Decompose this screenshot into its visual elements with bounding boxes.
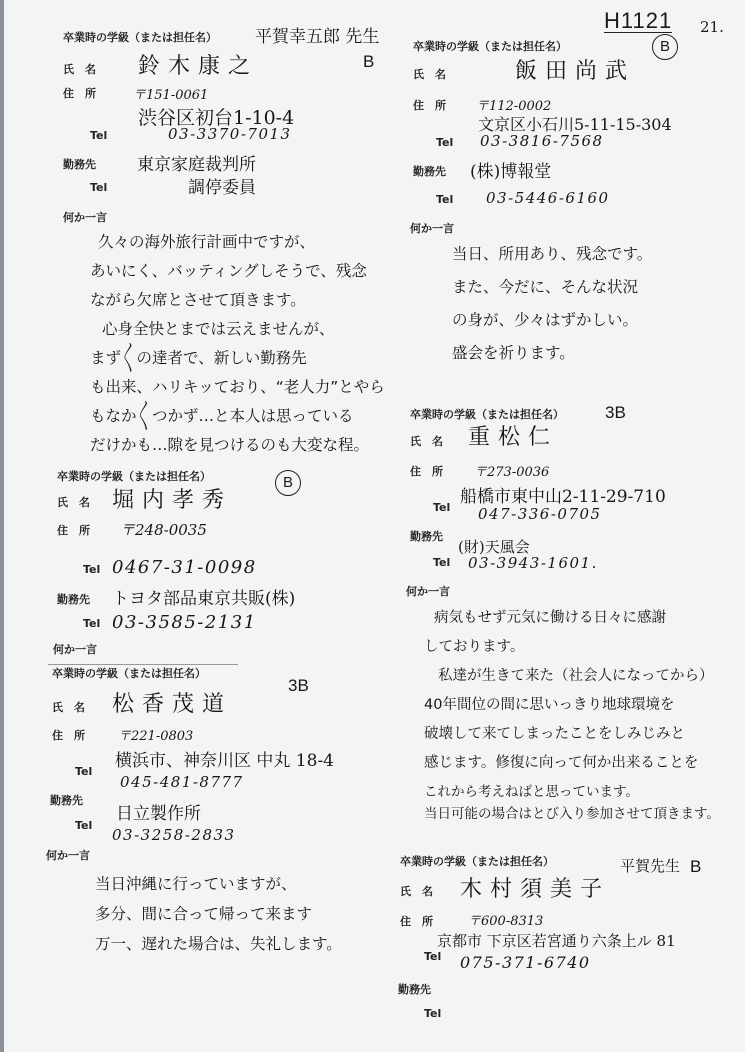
name-label: 氏 名 [400,883,433,899]
class-label: 卒業時の学級（または担任名） [57,468,211,484]
address: 京都市 下京区若宮通り六条上ル 81 [437,930,676,951]
class-group: B [363,52,374,72]
work-tel-label: Tel [83,617,100,630]
message-label: 何か一言 [410,220,454,236]
address: 船橋市東中山2-11-29-710 [460,482,666,507]
tel-label: Tel [83,563,100,576]
postal-code: 〒600-8313 [468,910,543,929]
class-group: B [690,857,701,877]
name-label: 氏 名 [410,433,443,449]
workplace-label: 勤務先 [410,528,443,544]
phone: 047-336-0705 [478,505,602,523]
person-name: 松香茂道 [112,687,232,718]
work-phone: 03-3943-1601. [468,554,598,572]
work-phone: 03-5446-6160 [486,189,610,207]
postal-code: 〒273-0036 [474,461,549,480]
page-id: H1121 [604,10,672,33]
work-phone: 03-3258-2833 [112,826,236,844]
address: 横浜市、神奈川区 中丸 18-4 [115,746,334,771]
workplace: 東京家庭裁判所 [137,150,256,175]
class-value: 平賀幸五郎 先生 [255,22,379,47]
workplace-label: 勤務先 [63,156,96,172]
name-label: 氏 名 [413,66,446,82]
class-value: 平賀先生 [620,855,680,876]
work-tel-label: Tel [433,556,450,569]
message-label: 何か一言 [46,847,90,863]
tel-label: Tel [433,501,450,514]
message: 当日沖縄に行っていますが、 多分、間に合って帰って来ます 万一、遅れた場合は、失… [95,869,342,959]
work-tel-label: Tel [75,819,92,832]
class-label: 卒業時の学級（または担任名） [413,38,567,54]
name-label: 氏 名 [63,61,96,77]
phone: 0467-31-0098 [112,557,257,578]
work-tel-label: Tel [424,1007,441,1020]
person-name: 鈴木康之 [138,49,258,80]
address-label: 住 所 [52,727,85,743]
class-label: 卒業時の学級（または担任名） [400,853,554,869]
tel-label: Tel [75,765,92,778]
message: 当日、所用あり、残念です。 また、今だに、そんな状況 の身が、少々はずかしい。 … [452,238,652,370]
work-phone: 03-3585-2131 [112,612,257,633]
postal-code: 〒151-0061 [133,84,208,103]
workplace-label: 勤務先 [50,792,83,808]
address-label: 住 所 [400,913,433,929]
workplace-label: 勤務先 [398,981,431,997]
phone: 075-371-6740 [460,953,591,972]
workplace: 日立製作所 [116,799,201,824]
address-label: 住 所 [63,85,96,101]
scan-edge [0,0,4,1052]
message: 病気もせず元気に働ける日々に感謝 しております。 私達が生きて来た（社会人になっ… [424,604,720,829]
page-number: 21. [700,18,724,36]
workplace-label: 勤務先 [57,591,90,607]
tel-label: Tel [436,136,453,149]
address-label: 住 所 [413,97,446,113]
workplace: トヨタ部品東京共販(株) [112,584,295,609]
address-label: 住 所 [57,522,90,538]
address-label: 住 所 [410,463,443,479]
message: 久々の海外旅行計画中ですが、 あいにく、バッティングしそうで、残念 ながら欠席と… [90,228,385,460]
workplace-title: 調停委員 [188,173,256,198]
class-group-circled: B [652,34,678,60]
class-label: 卒業時の学級（または担任名） [52,665,206,681]
phone: 03-3816-7568 [480,132,604,150]
tel-label: Tel [90,129,107,142]
person-name: 堀内孝秀 [112,483,232,514]
person-name: 木村須美子 [460,872,610,903]
phone: 045-481-8777 [120,773,244,791]
tel-label: Tel [424,950,441,963]
message-label: 何か一言 [53,641,97,657]
workplace: (株)博報堂 [470,157,551,182]
message-label: 何か一言 [406,583,450,599]
work-tel-label: Tel [90,181,107,194]
class-group-circled: B [275,470,301,496]
postal-code: 〒221-0803 [118,725,193,744]
name-label: 氏 名 [57,494,90,510]
person-name: 飯田尚武 [515,54,635,85]
person-name: 重松仁 [468,420,558,451]
work-tel-label: Tel [436,193,453,206]
class-label: 卒業時の学級（または担任名） [63,29,217,45]
message-label: 何か一言 [63,209,107,225]
class-value: 3B [605,403,626,423]
phone: 03-3370-7013 [168,125,292,143]
workplace-label: 勤務先 [413,163,446,179]
postal-code: 〒248-0035 [120,519,207,540]
name-label: 氏 名 [52,699,85,715]
class-value: 3B [288,676,309,696]
